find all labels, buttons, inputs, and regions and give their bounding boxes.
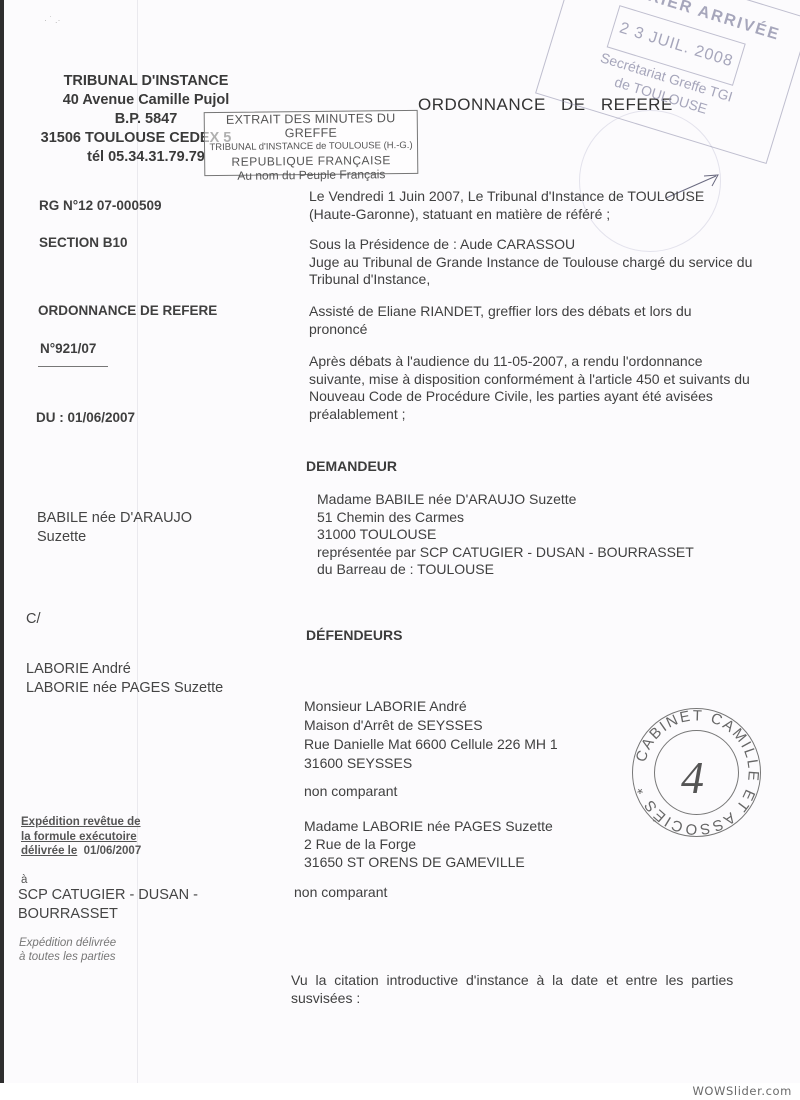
demandeur-heading: DEMANDEUR [306,458,397,474]
ordonnance-date: DU : 01/06/2007 [36,410,135,425]
recipient-name: SCP CATUGIER - DUSAN - BOURRASSET [18,886,198,924]
delivered-date: 01/06/2007 [84,845,142,857]
defendeur2-status: non comparant [294,884,387,902]
recipient-line: BOURRASSET [18,905,198,924]
paragraph-line: Le Vendredi 1 Juin 2007, Le Tribunal d'I… [309,188,784,206]
delivered-label: délivrée le [21,845,77,857]
court-name: TRIBUNAL D'INSTANCE [46,72,246,91]
cabinet-camille-stamp: CABINET CAMILLE ET ASSOCIÉS * 4 [629,705,764,840]
stamp-line: Au nom du Peuple Français [205,167,417,183]
paragraph-line: suivante, mise à disposition conformémen… [309,371,784,389]
stamp-line: EXTRAIT DES MINUTES DU GREFFE [205,111,417,141]
ordonnance-label: ORDONNANCE DE REFERE [38,303,217,318]
demandeur-block: Madame BABILE née D'ARAUJO Suzette 51 Ch… [317,491,787,579]
demandeur-name-left: BABILE née D'ARAUJO Suzette [37,509,192,547]
paragraph-line: (Haute-Garonne), statuant en matière de … [309,206,784,224]
paragraph-line: Vu la citation introductive d'instance à… [291,972,781,990]
contre-label: C/ [26,610,41,629]
address-line: du Barreau de : TOULOUSE [317,561,787,579]
paragraph-line: Nouveau Code de Procédure Civile, les pa… [309,388,784,406]
apres-paragraph: Après débats à l'audience du 11-05-2007,… [309,353,784,423]
name-line: BABILE née D'ARAUJO [37,509,192,528]
scanned-document-page: · ˙ .· TRIBUNAL D'INSTANCE 40 Avenue Cam… [0,0,800,1083]
note-line: la formule exécutoire [21,831,137,843]
address-line: Madame BABILE née D'ARAUJO Suzette [317,491,787,509]
name-line: Suzette [37,528,192,547]
court-street: 40 Avenue Camille Pujol [46,91,246,110]
defendeurs-heading: DÉFENDEURS [306,627,402,643]
defendeurs-names-left: LABORIE André LABORIE née PAGES Suzette [26,660,223,698]
note-line: à toutes les parties [19,950,116,964]
name-line: LABORIE née PAGES Suzette [26,679,223,698]
assiste-paragraph: Assisté de Eliane RIANDET, greffier lors… [309,303,784,338]
scan-specks: · ˙ .· [44,15,61,25]
note-line: Expédition délivrée [19,936,116,950]
vu-paragraph: Vu la citation introductive d'instance à… [291,972,781,1007]
svg-text:4: 4 [681,752,704,803]
note-line: Expédition revêtue de [21,816,141,828]
watermark: WOWSlider.com [692,1084,792,1098]
expedition-executoire-note: Expédition revêtue de la formule exécuto… [21,815,141,859]
paragraph-line: susvisées : [291,990,781,1008]
address-line: représentée par SCP CATUGIER - DUSAN - B… [317,544,787,562]
address-line: 51 Chemin des Carmes [317,509,787,527]
ordonnance-number: N°921/07 [40,341,96,356]
expedition-parties-note: Expédition délivrée à toutes les parties [19,936,116,964]
defendeur1-status: non comparant [304,783,397,801]
address-line: 31000 TOULOUSE [317,526,787,544]
paragraph-line: Tribunal d'Instance, [309,271,784,289]
paragraph-line: Juge au Tribunal de Grande Instance de T… [309,254,784,272]
paragraph-line: Assisté de Eliane RIANDET, greffier lors… [309,303,784,321]
extrait-minutes-stamp: EXTRAIT DES MINUTES DU GREFFE TRIBUNAL d… [204,110,419,176]
rg-number: RG N°12 07-000509 [39,198,161,213]
divider [38,366,108,367]
stamp-line: REPUBLIQUE FRANÇAISE [205,153,417,169]
intro-paragraph: Le Vendredi 1 Juin 2007, Le Tribunal d'I… [309,188,784,223]
paragraph-line: Sous la Présidence de : Aude CARASSOU [309,236,784,254]
paragraph-line: préalablement ; [309,406,784,424]
address-line: 31650 ST ORENS DE GAMEVILLE [304,853,704,871]
presidence-paragraph: Sous la Présidence de : Aude CARASSOU Ju… [309,236,784,289]
paragraph-line: prononcé [309,321,784,339]
paragraph-line: Après débats à l'audience du 11-05-2007,… [309,353,784,371]
section-label: SECTION B10 [39,235,128,250]
name-line: LABORIE André [26,660,223,679]
recipient-line: SCP CATUGIER - DUSAN - [18,886,198,905]
